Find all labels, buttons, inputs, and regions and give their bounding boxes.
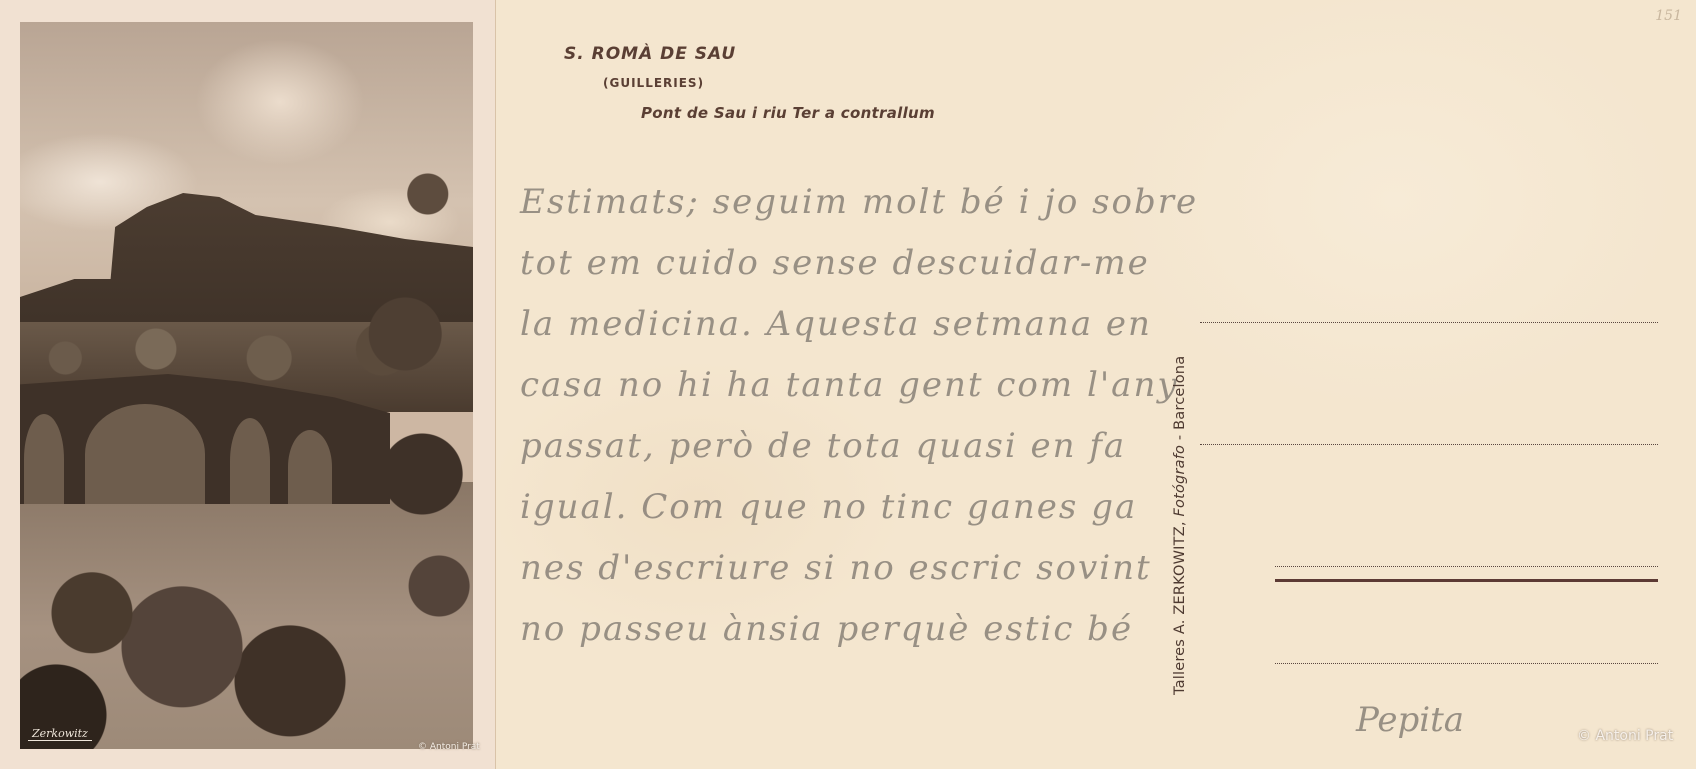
- address-underline: [1275, 579, 1658, 582]
- message-line: casa no hi ha tanta gent com l'any: [520, 355, 1680, 416]
- publisher-imprint: Talleres A. ZERKOWITZ, Fotógrafo - Barce…: [1172, 356, 1188, 695]
- sepia-photograph: Zerkowitz: [20, 22, 473, 749]
- handwritten-message: Estimats; seguim molt bé i jo sobre tot …: [520, 172, 1680, 660]
- message-line: tot em cuido sense descuidar-me: [520, 233, 1680, 294]
- foreground-bushes: [20, 522, 380, 749]
- postcard-message-side: S. ROMÀ DE SAU (GUILLERIES) Pont de Sau …: [496, 0, 1696, 769]
- message-line: la medicina. Aquesta setmana en: [520, 294, 1680, 355]
- publisher-role: Fotógrafo: [1172, 445, 1188, 517]
- caption-description: Pont de Sau i riu Ter a contrallum: [641, 104, 935, 122]
- message-line: nes d'escriure si no escric sovint: [520, 538, 1680, 599]
- photo-watermark: © Antoni Prat: [418, 742, 480, 752]
- message-line: passat, però de tota quasi en fa: [520, 416, 1680, 477]
- bridge-arch: [288, 430, 332, 504]
- bridge-arch: [230, 418, 270, 504]
- address-line: [1275, 566, 1658, 567]
- address-line: [1200, 444, 1658, 445]
- bridge-arch: [24, 414, 64, 504]
- message-line: Estimats; seguim molt bé i jo sobre: [520, 172, 1680, 233]
- caption-title: S. ROMÀ DE SAU: [564, 44, 736, 64]
- message-line: no passeu ànsia perquè estic bé: [520, 599, 1680, 660]
- postcard-photo-side: Zerkowitz © Antoni Prat: [0, 0, 496, 769]
- right-trees: [360, 82, 473, 642]
- publisher-separator: -: [1172, 435, 1188, 440]
- message-line: igual. Com que no tinc ganes ga: [520, 477, 1680, 538]
- copyright-watermark: © Antoni Prat: [1577, 728, 1673, 744]
- pencil-mark: 151: [1655, 8, 1682, 24]
- bridge-arch: [85, 404, 205, 504]
- caption-subtitle: (GUILLERIES): [603, 76, 704, 90]
- photographer-signature: Zerkowitz: [28, 727, 92, 741]
- address-line: [1200, 322, 1658, 323]
- publisher-name: Talleres A. ZERKOWITZ,: [1172, 521, 1188, 695]
- publisher-city: Barcelona: [1172, 356, 1188, 430]
- handwritten-signature: Pepita: [1356, 700, 1464, 740]
- address-line: [1275, 663, 1658, 664]
